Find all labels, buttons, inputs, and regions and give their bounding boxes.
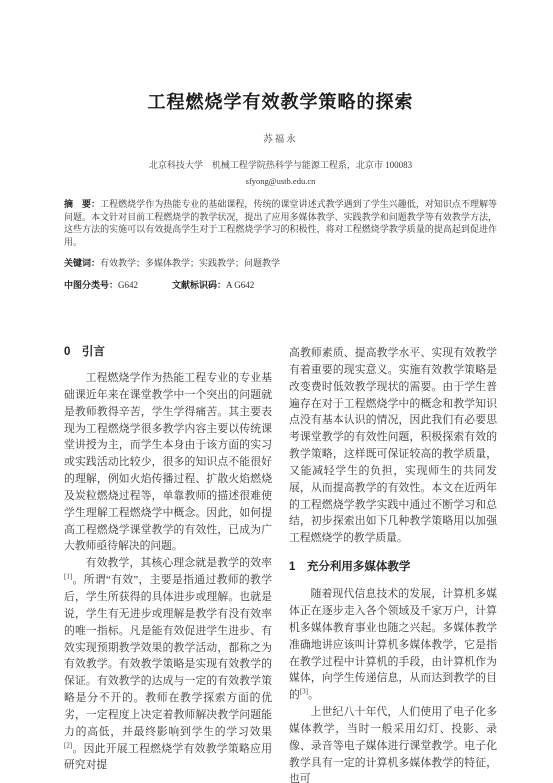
paper-title: 工程燃烧学有效教学策略的探索 — [64, 90, 497, 114]
column-left: 0 引言 工程燃烧学作为热能工程专业的专业基础课近年来在课堂教学中一个突出的问题… — [64, 345, 272, 783]
keywords-text: 有效教学；多媒体教学；实践教学；问题教学 — [100, 258, 280, 268]
body-paragraph-4: 上世纪八十年代，人们使用了电子化多媒体教学，当时一般采用幻灯、投影、录像、录音等… — [289, 704, 497, 783]
classification-line: 中图分类号：G642文献标识码：A G642 — [64, 279, 497, 292]
author-name: 苏福永 — [64, 134, 497, 146]
two-column-body: 0 引言 工程燃烧学作为热能工程专业的专业基础课近年来在课堂教学中一个突出的问题… — [64, 345, 497, 783]
keywords-label: 关键词： — [64, 258, 100, 268]
abstract-label: 摘 要： — [64, 199, 100, 209]
email-address: sfyong@ustb.edu.cn — [64, 176, 497, 186]
body-paragraph-3: 随着现代信息技术的发展，计算机多媒体正在逐步走入各个领域及千家万户，计算机多媒体… — [289, 586, 497, 704]
paper-page: 工程燃烧学有效教学策略的探索 苏福永 北京科技大学 机械工程学院热科学与能源工程… — [0, 0, 553, 783]
doc-code-value: A G642 — [226, 280, 254, 290]
clc-label: 中图分类号： — [64, 280, 118, 290]
body-paragraph-1: 工程燃烧学作为热能工程专业的专业基础课近年来在课堂教学中一个突出的问题就是教师教… — [64, 370, 272, 555]
body-paragraph-2: 有效教学，其核心理念就是教学的效率[1]。所谓“有效”，主要是指通过教师的教学后… — [64, 555, 272, 774]
column-right: 高教师素质、提高教学水平、实现有效教学有着重要的现实意义。实施有效教学策略是改变… — [289, 345, 497, 783]
section-heading-intro: 0 引言 — [64, 345, 272, 359]
abstract-paragraph: 摘 要：工程燃烧学作为热能专业的基础课程，传统的课堂讲述式教学遇到了学生兴趣低，… — [64, 198, 497, 248]
keywords-line: 关键词：有效教学；多媒体教学；实践教学；问题教学 — [64, 257, 497, 270]
frontmatter-block: 摘 要：工程燃烧学作为热能专业的基础课程，传统的课堂讲述式教学遇到了学生兴趣低，… — [64, 198, 497, 291]
doc-code-label: 文献标识码： — [172, 280, 226, 290]
body-paragraph-2-continued: 高教师素质、提高教学水平、实现有效教学有着重要的现实意义。实施有效教学策略是改变… — [289, 345, 497, 547]
clc-value: G642 — [118, 280, 138, 290]
abstract-text: 工程燃烧学作为热能专业的基础课程，传统的课堂讲述式教学遇到了学生兴趣低，对知识点… — [64, 199, 497, 247]
section-heading-multimedia: 1 充分利用多媒体教学 — [289, 560, 497, 574]
affiliation: 北京科技大学 机械工程学院热科学与能源工程系，北京市 100083 — [64, 160, 497, 171]
